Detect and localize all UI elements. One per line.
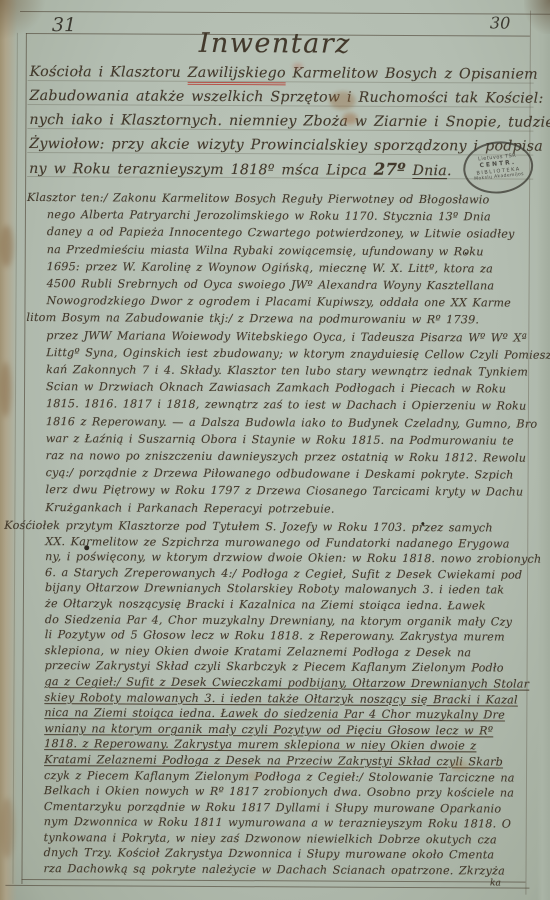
header-line-1-pre: Kościoła i Klasztoru (30, 64, 188, 81)
header-highlight-word: Zawilijskiego (188, 65, 286, 86)
border-left-faint (12, 33, 17, 884)
header-line-4: Żywiołow: przy akcie wizyty Prowincialsk… (29, 132, 541, 159)
header-line-1: Kościoła i Klasztoru Zawilijskiego Karme… (30, 60, 542, 87)
paper-stain (451, 760, 469, 772)
body-line: lerz dwu Piętrowy w Roku 1797 z Drzewa C… (45, 482, 537, 502)
body-line-struck: ga z Cegieł:/ Sufit z Desek Cwieczkami p… (44, 674, 536, 692)
header-line-5-pre: ny w Roku teraznieyszym 1818º mśca Lipca (29, 161, 374, 179)
body-line: Krużgankach i Parkanach Reperacyi potrze… (45, 499, 537, 519)
ink-blot (84, 545, 89, 550)
border-bottom-inner (21, 879, 525, 883)
catchword: ka (465, 878, 525, 888)
body-line: rza Dachowką są pokryte należycie w Dach… (43, 861, 535, 879)
page-sheet: 31 30 Inwentarz Kościoła i Klasztoru Zaw… (0, 0, 550, 900)
header-line-1-post: Karmelitow Bosych z Opisaniem (286, 65, 538, 82)
paragraph-klasztor: Klasztor ten:/ Zakonu Karmelitow Bosych … (45, 189, 539, 518)
document-title: Inwentarz (0, 27, 550, 61)
manuscript-page: 31 30 Inwentarz Kościoła i Klasztoru Zaw… (0, 0, 550, 900)
header-line-3: nych iako i Klasztornych. niemniey Zboża… (29, 108, 541, 135)
paper-stain (330, 92, 356, 110)
body-line: daney a od Papieża Innocentego Czwartego… (47, 223, 539, 243)
border-left (21, 33, 26, 884)
border-top-outer (20, 11, 550, 15)
paragraph-kosciolek: Kośćiołek przytym Klasztorze pod Tytułem… (43, 518, 537, 879)
header-day-number: 27º (374, 160, 406, 179)
paper-stain (342, 113, 357, 125)
header-line-5-end: . (447, 163, 452, 179)
body-line: 1815. 1816. 1817 i 1818, zewnątrz zaś to… (46, 396, 538, 416)
paper-stain (246, 771, 260, 781)
ink-blot (465, 252, 467, 254)
border-bottom-outer (5, 885, 529, 889)
body-line: litom Bosym na Zabudowanie tkj:/ z Drzew… (26, 309, 538, 329)
header-line-2: Zabudowania atakże wszelkich Sprzętow i … (30, 84, 542, 111)
ink-blot (421, 522, 424, 525)
paper-stain (293, 63, 303, 69)
header-day-word: Dnia (412, 163, 447, 179)
